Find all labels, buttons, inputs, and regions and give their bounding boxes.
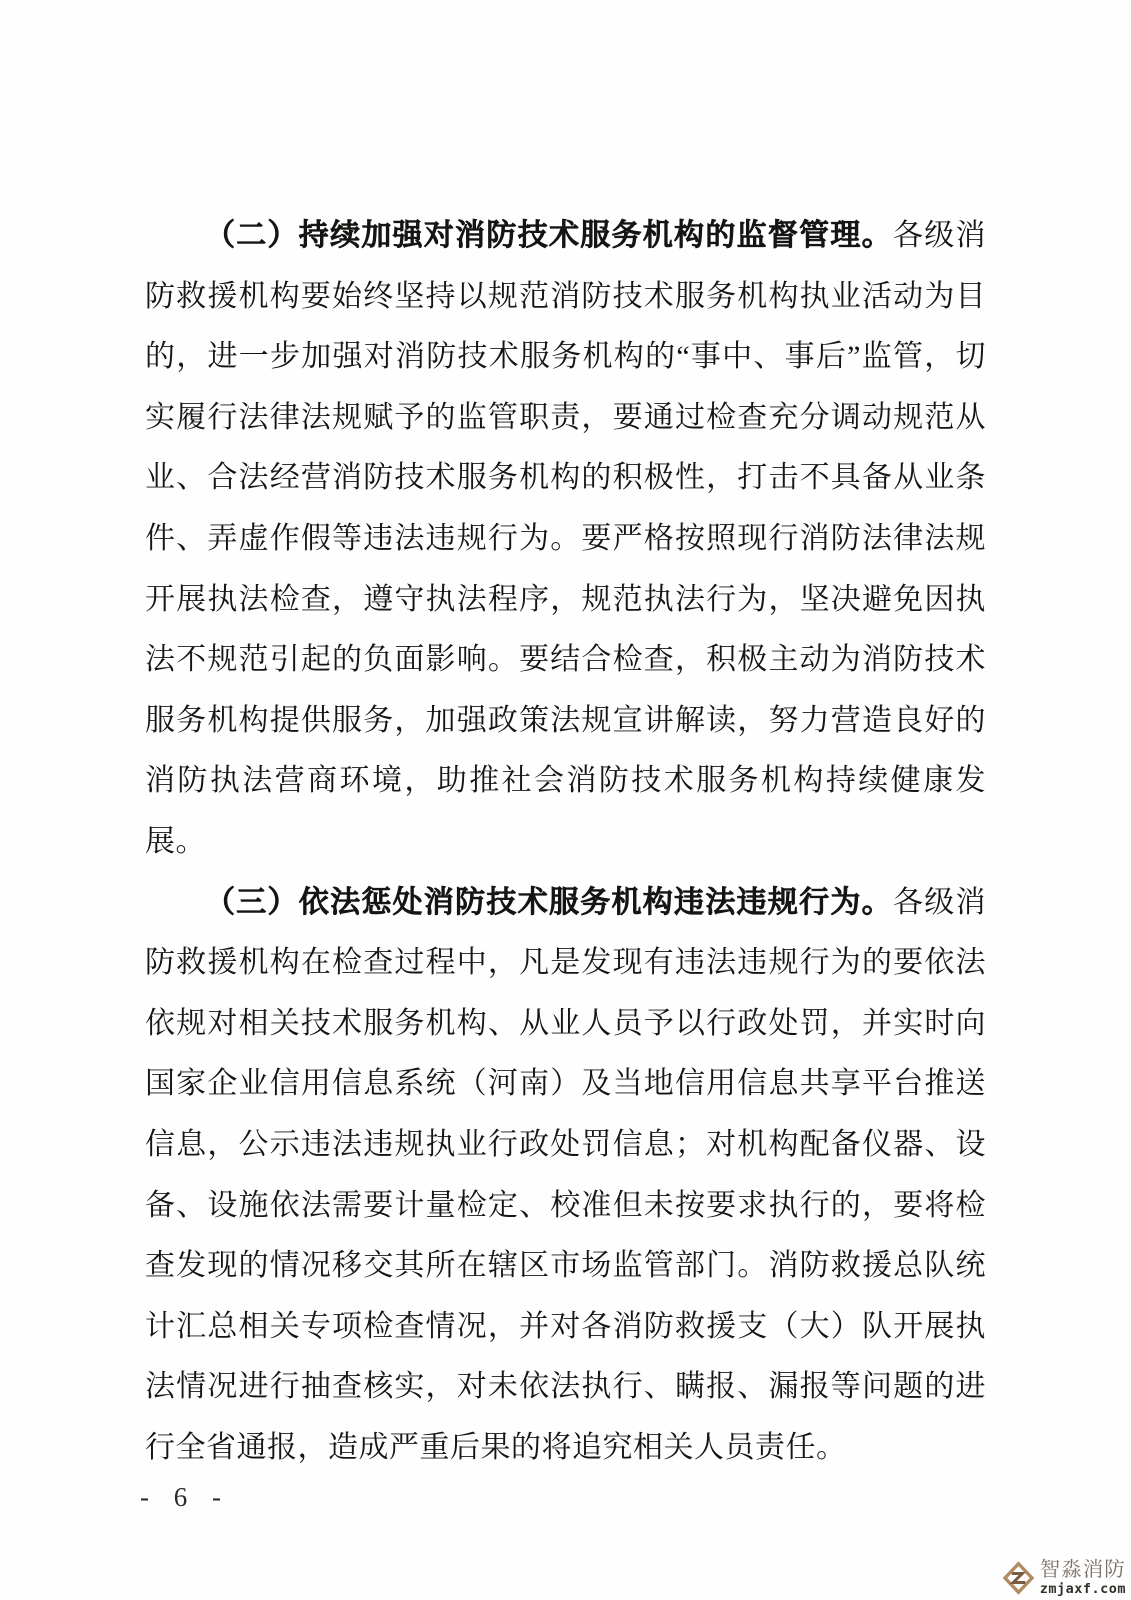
document-body: （二）持续加强对消防技术服务机构的监督管理。各级消防救援机构要始终坚持以规范消防… <box>145 206 986 1478</box>
paragraph-section-3: （三）依法惩处消防技术服务机构违法违规行为。各级消防救援机构在检查过程中，凡是发… <box>145 873 986 1479</box>
zm-diamond-logo-icon <box>1002 1559 1035 1597</box>
brand-name: 智淼消防 <box>1040 1560 1126 1581</box>
paragraph-section-2: （二）持续加强对消防技术服务机构的监督管理。各级消防救援机构要始终坚持以规范消防… <box>145 206 986 873</box>
page-number: - 6 - <box>140 1482 230 1513</box>
paragraph-heading: （三）依法惩处消防技术服务机构违法违规行为。 <box>205 886 893 919</box>
watermark: 智淼消防 zmjaxf.com <box>1002 1559 1126 1597</box>
paragraph-body: 各级消防救援机构要始终坚持以规范消防技术服务机构执业活动为目的，进一步加强对消防… <box>145 219 986 858</box>
paragraph-body: 各级消防救援机构在检查过程中，凡是发现有违法违规行为的要依法依规对相关技术服务机… <box>145 886 986 1464</box>
brand-domain: zmjaxf.com <box>1040 1583 1126 1597</box>
paragraph-heading: （二）持续加强对消防技术服务机构的监督管理。 <box>205 219 893 252</box>
watermark-text: 智淼消防 zmjaxf.com <box>1040 1560 1126 1596</box>
document-page: （二）持续加强对消防技术服务机构的监督管理。各级消防救援机构要始终坚持以规范消防… <box>0 0 1131 1600</box>
